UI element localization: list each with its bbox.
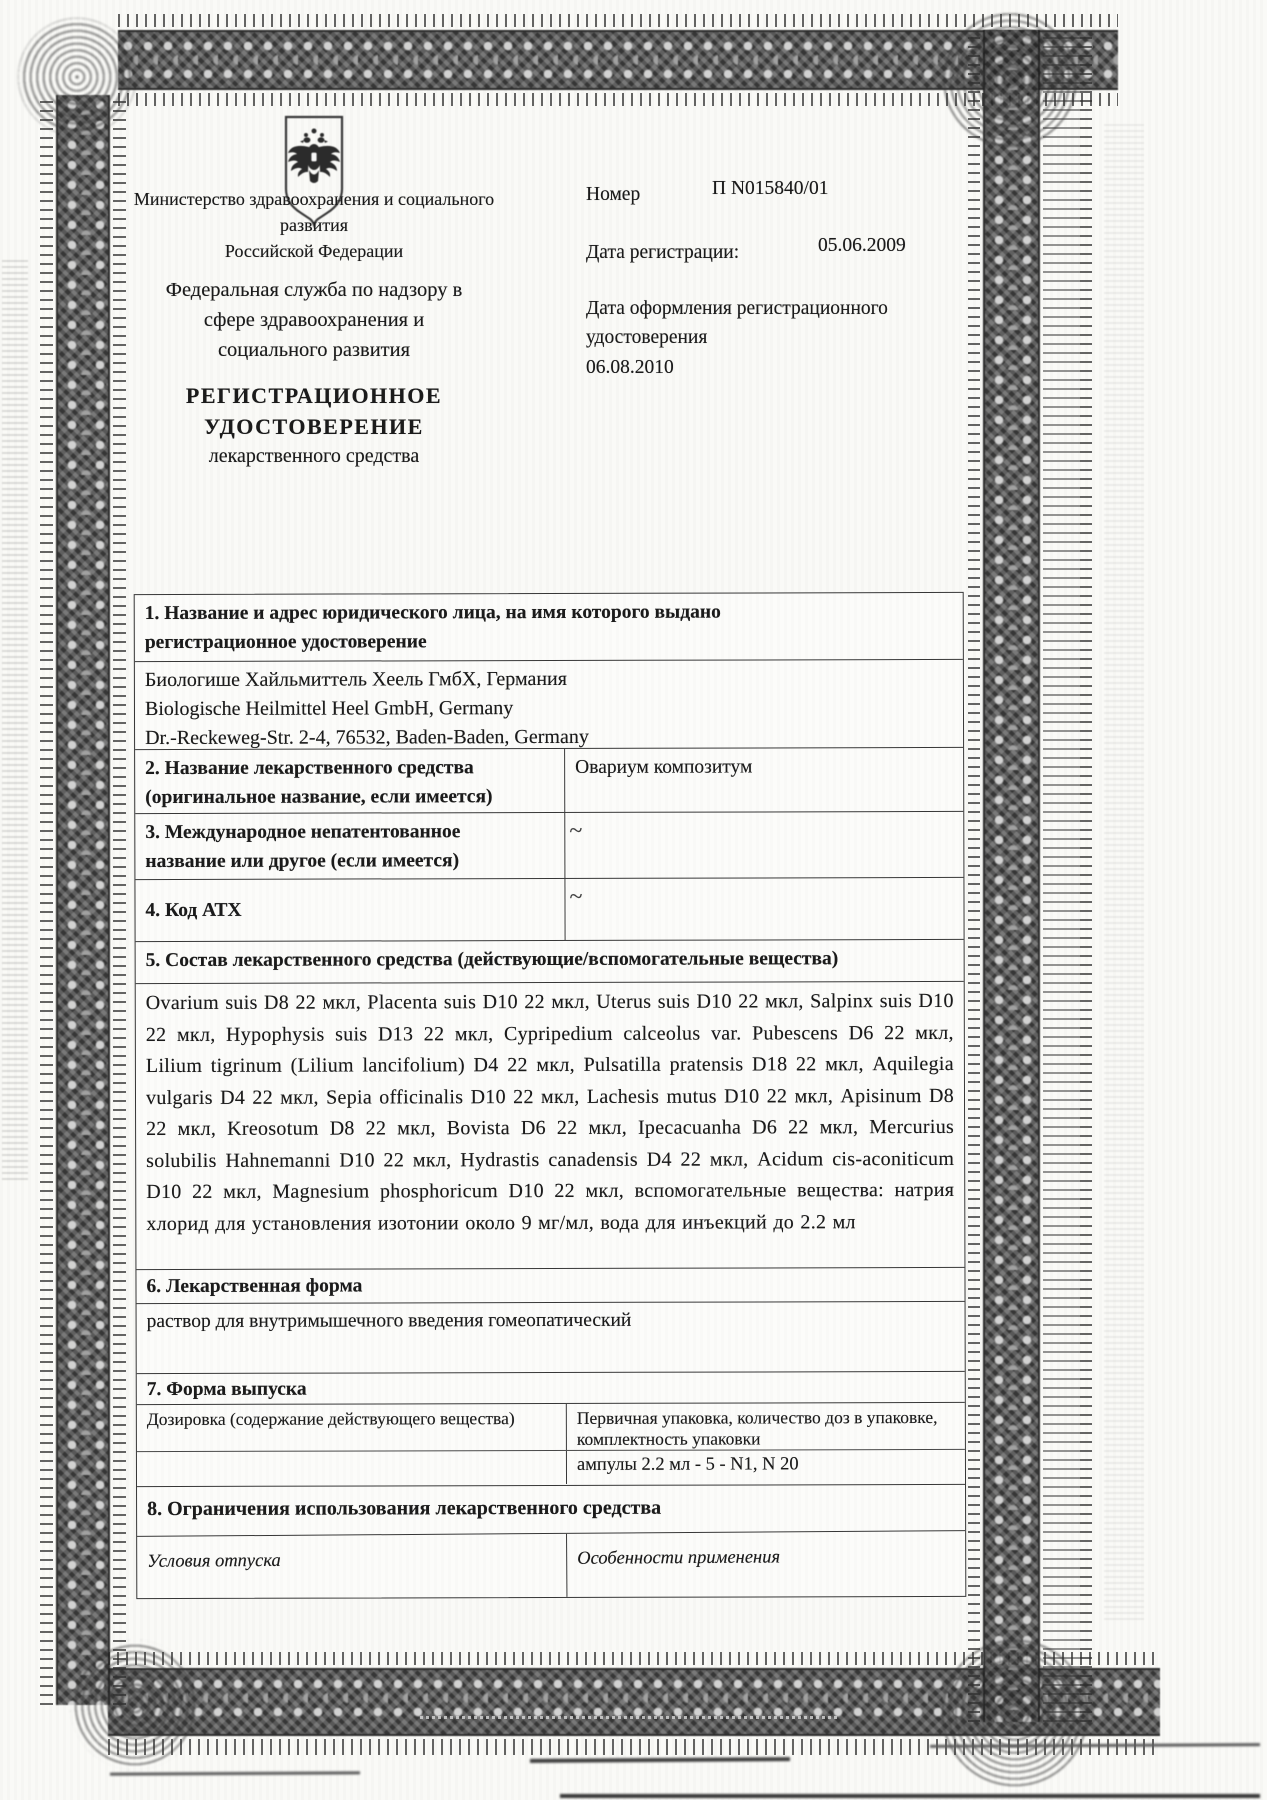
section-3-header: 3. Международное непатентованное названи… bbox=[135, 813, 565, 879]
section-7-title: 7. Форма выпуска bbox=[137, 1371, 965, 1404]
application-features-label: Особенности применения bbox=[567, 1531, 965, 1597]
section-6-title: 6. Лекарственная форма bbox=[136, 1267, 964, 1303]
section-3-row: 3. Международное непатентованное названи… bbox=[135, 811, 963, 879]
empty-value-mark: ~ bbox=[565, 812, 963, 843]
section-8-table: Условия отпуска Особенности применения bbox=[137, 1530, 965, 1600]
inn-value-cell: ~ bbox=[565, 812, 963, 878]
composition-text: Ovarium suis D8 22 мкл, Placenta suis D1… bbox=[136, 981, 965, 1269]
certificate-title: РЕГИСТРАЦИОННОЕ УДОСТОВЕРЕНИЕ bbox=[164, 380, 464, 442]
ministry-country: Российской Федерации bbox=[118, 238, 510, 264]
ministry-name: Министерство здравоохранения и социально… bbox=[118, 186, 510, 238]
section-1-title: 1. Название и адрес юридического лица, н… bbox=[145, 597, 863, 657]
number-label: Номер bbox=[586, 184, 640, 205]
dosage-value-cell bbox=[137, 1451, 567, 1485]
section-8-title: 8. Ограничения использования лекарственн… bbox=[137, 1484, 965, 1534]
certificate-table: 1. Название и адрес юридического лица, н… bbox=[134, 592, 967, 1599]
holder-name-en: Biologische Heilmittel Heel GmbH, German… bbox=[145, 693, 953, 724]
drug-name-value: Овариум композитум bbox=[565, 748, 963, 812]
section-2-title: 2. Название лекарственного средства (ори… bbox=[135, 749, 565, 813]
section-5-title: 5. Состав лекарственного средства (дейст… bbox=[136, 939, 964, 983]
dosage-form-value: раствор для внутримышечного введения гом… bbox=[137, 1301, 965, 1373]
section-3-title: 3. Международное непатентованное названи… bbox=[145, 817, 497, 876]
holder-name-ru: Биологише Хайльмиттель Хеель ГмбХ, Герма… bbox=[145, 664, 953, 695]
registration-date-value: 05.06.2009 bbox=[818, 235, 906, 257]
number-value: П N015840/01 bbox=[712, 178, 828, 200]
section-1-header: 1. Название и адрес юридического лица, н… bbox=[135, 593, 963, 661]
section-1-body: Биологише Хайльмиттель Хеель ГмбХ, Герма… bbox=[135, 659, 963, 749]
certificate-subtitle: лекарственного средства bbox=[118, 445, 510, 468]
dispensing-conditions-label: Условия отпуска bbox=[137, 1534, 567, 1600]
packaging-value: ампулы 2.2 мл - 5 - N1, N 20 bbox=[567, 1450, 965, 1484]
issue-date-label: Дата оформления регистрационного удостов… bbox=[586, 294, 958, 352]
federal-service-name: Федеральная служба по надзору в сфере зд… bbox=[148, 275, 480, 365]
section-4-row: 4. Код АТХ ~ bbox=[135, 877, 963, 941]
packaging-column-header: Первичная упаковка, количество доз в упа… bbox=[567, 1403, 965, 1450]
issue-date-value: 06.08.2010 bbox=[586, 357, 982, 379]
atc-code-cell: ~ bbox=[565, 878, 963, 940]
scanned-certificate-page: Министерство здравоохранения и социально… bbox=[0, 0, 1267, 1800]
registration-date-label: Дата регистрации: bbox=[586, 242, 739, 263]
dosage-column-header: Дозировка (содержание действующего вещес… bbox=[137, 1404, 567, 1451]
empty-value-mark: ~ bbox=[565, 878, 963, 909]
section-4-title: 4. Код АТХ bbox=[135, 879, 565, 941]
section-2-row: 2. Название лекарственного средства (ори… bbox=[135, 747, 963, 813]
section-7-table: Дозировка (содержание действующего вещес… bbox=[137, 1402, 965, 1486]
